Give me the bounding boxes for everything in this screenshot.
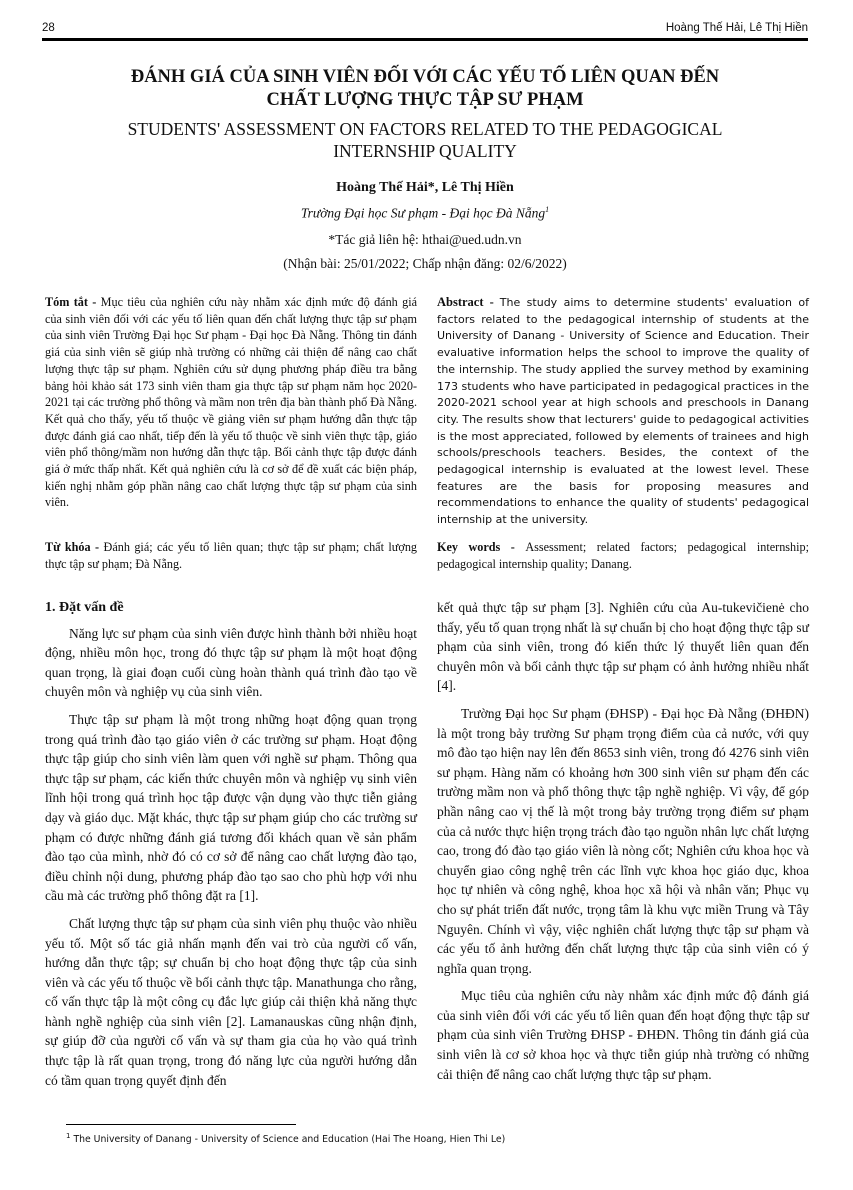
body-column-right: kết quả thực tập sư phạm [3]. Nghiên cứu… bbox=[437, 598, 809, 1092]
contact-email: *Tác giả liên hệ: hthai@ued.udn.vn bbox=[60, 232, 790, 248]
affiliation-text: Trường Đại học Sư phạm - Đại học Đà Nẵng bbox=[301, 206, 545, 221]
paragraph: Mục tiêu của nghiên cứu này nhằm xác địn… bbox=[437, 986, 809, 1084]
footnote-text: The University of Danang - University of… bbox=[73, 1134, 505, 1145]
abstract-vi-label: Tóm tắt - bbox=[45, 295, 101, 309]
running-authors: Hoàng Thế Hải, Lê Thị Hiền bbox=[666, 22, 808, 34]
footnote: 1 The University of Danang - University … bbox=[66, 1132, 766, 1145]
affiliation: Trường Đại học Sư phạm - Đại học Đà Nẵng… bbox=[60, 205, 790, 222]
paragraph: kết quả thực tập sư phạm [3]. Nghiên cứu… bbox=[437, 598, 809, 696]
received-accepted-dates: (Nhận bài: 25/01/2022; Chấp nhận đăng: 0… bbox=[60, 256, 790, 272]
running-header: 28 Hoàng Thế Hải, Lê Thị Hiền bbox=[42, 20, 808, 38]
paragraph: Năng lực sư phạm của sinh viên được hình… bbox=[45, 624, 417, 702]
title-en-line1: STUDENTS' ASSESSMENT ON FACTORS RELATED … bbox=[60, 118, 790, 140]
title-english: STUDENTS' ASSESSMENT ON FACTORS RELATED … bbox=[60, 118, 790, 162]
abstract-en-text: The study aims to determine students' ev… bbox=[437, 296, 809, 526]
title-vi-line1: ĐÁNH GIÁ CỦA SINH VIÊN ĐỐI VỚI CÁC YẾU T… bbox=[60, 66, 790, 89]
title-vietnamese: ĐÁNH GIÁ CỦA SINH VIÊN ĐỐI VỚI CÁC YẾU T… bbox=[60, 66, 790, 112]
paragraph: Thực tập sư phạm là một trong những hoạt… bbox=[45, 710, 417, 906]
footnote-rule bbox=[66, 1124, 296, 1125]
keywords-vietnamese: Từ khóa - Đánh giá; các yếu tố liên quan… bbox=[45, 539, 417, 572]
affiliation-mark: 1 bbox=[545, 205, 549, 214]
title-vi-line2: CHẤT LƯỢNG THỰC TẬP SƯ PHẠM bbox=[60, 89, 790, 112]
title-en-line2: INTERNSHIP QUALITY bbox=[60, 140, 790, 162]
abstract-en-label: Abstract - bbox=[437, 295, 500, 309]
abstract-vi-text: Mục tiêu của nghiên cứu này nhằm xác địn… bbox=[45, 295, 417, 509]
paragraph: Trường Đại học Sư phạm (ĐHSP) - Đại học … bbox=[437, 704, 809, 978]
abstract-english: Abstract - The study aims to determine s… bbox=[437, 294, 809, 529]
footnote-mark: 1 bbox=[66, 1132, 70, 1140]
abstract-vietnamese: Tóm tắt - Mục tiêu của nghiên cứu này nh… bbox=[45, 294, 417, 511]
keywords-english: Key words - Assessment; related factors;… bbox=[437, 539, 809, 572]
header-rule bbox=[42, 38, 808, 41]
paragraph: Chất lượng thực tập sư phạm của sinh viê… bbox=[45, 914, 417, 1090]
keywords-en-label: Key words - bbox=[437, 540, 525, 554]
body-column-left: 1. Đặt vấn đề Năng lực sư phạm của sinh … bbox=[45, 598, 417, 1098]
authors: Hoàng Thế Hải*, Lê Thị Hiền bbox=[60, 180, 790, 196]
keywords-vi-label: Từ khóa - bbox=[45, 540, 104, 554]
page-number: 28 bbox=[42, 22, 55, 34]
section-heading: 1. Đặt vấn đề bbox=[45, 598, 417, 618]
